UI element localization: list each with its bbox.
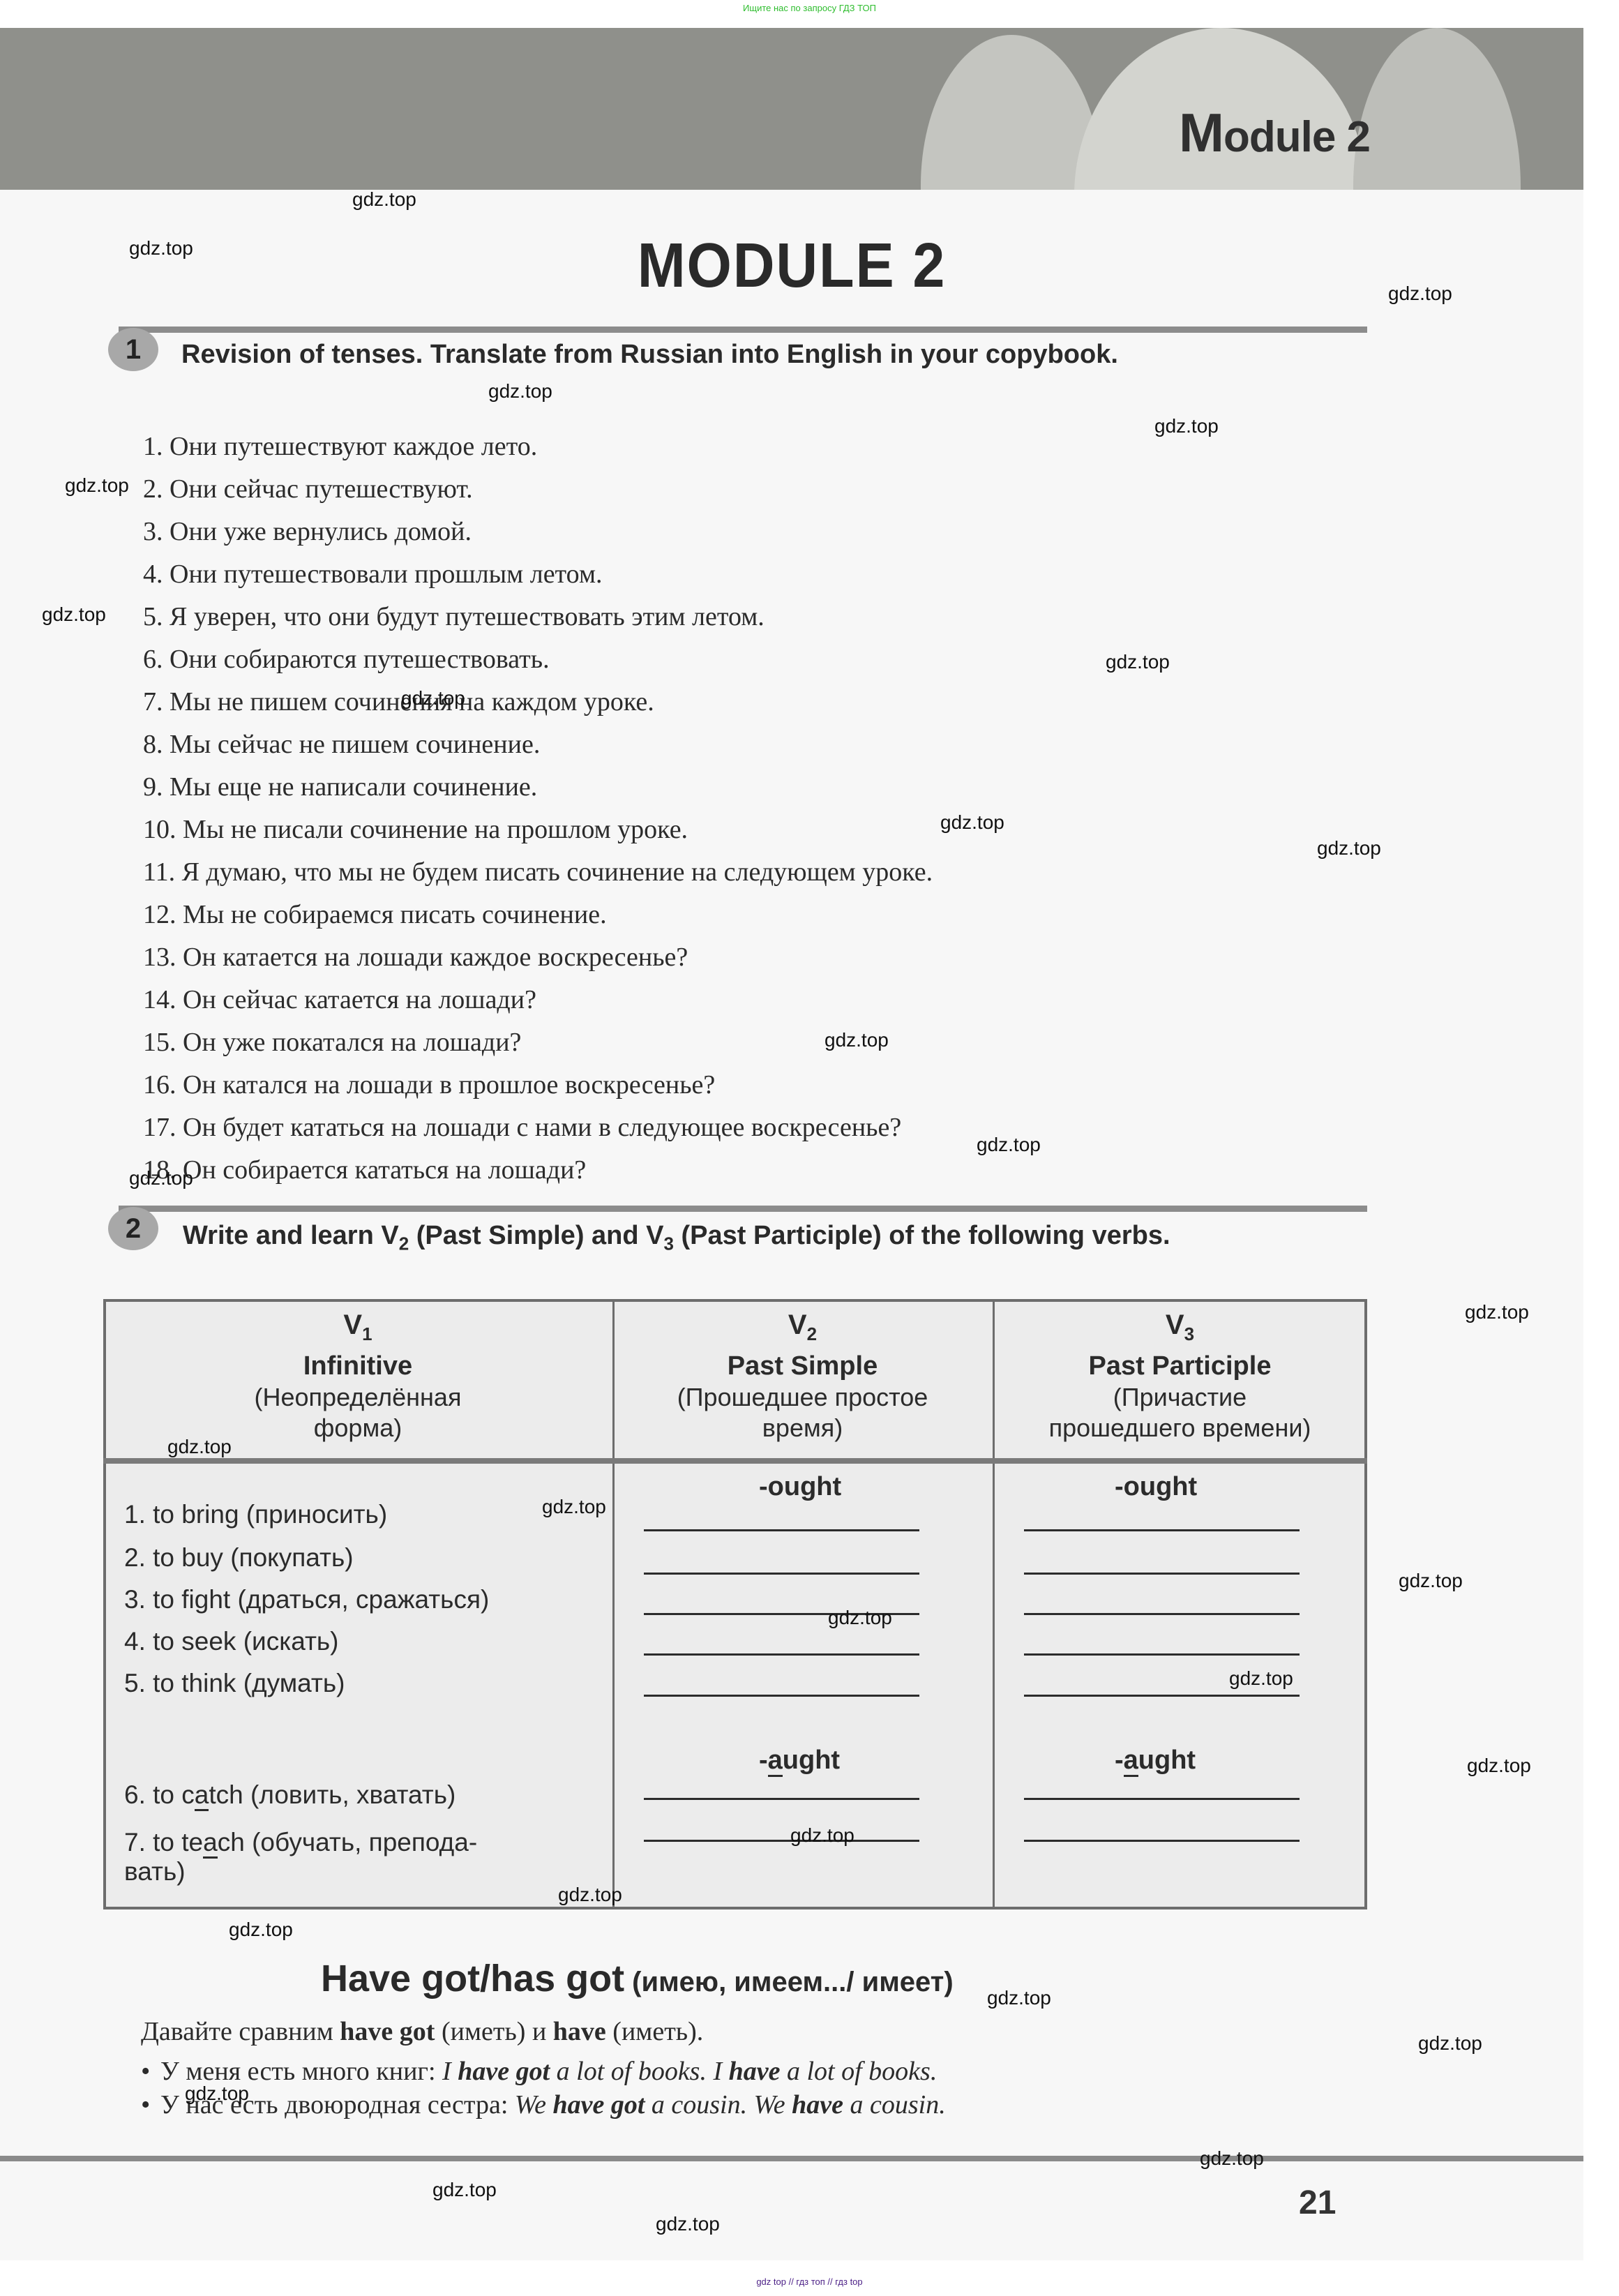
watermark-text: gdz.top xyxy=(352,188,416,211)
watermark-text: gdz.top xyxy=(790,1824,854,1847)
sentence-item: 2. Они сейчас путешествуют. xyxy=(143,468,933,511)
verb-item: 1. to bring (приносить) xyxy=(124,1500,387,1529)
hint-part: ught xyxy=(783,1746,840,1775)
sentence-item: 7. Мы не пишем сочинения на каждом уроке… xyxy=(143,681,933,723)
hint-v2-aught: -aught xyxy=(759,1746,840,1776)
watermark-text: gdz.top xyxy=(1154,415,1219,437)
example-emphasis: have xyxy=(729,2057,781,2086)
sentence-item: 9. Мы еще не написали сочинение. xyxy=(143,766,933,809)
watermark-text: gdz.top xyxy=(1418,2032,1482,2055)
intro-text: (иметь). xyxy=(606,2017,704,2046)
top-note: Ищите нас по запросу ГДЗ ТОП xyxy=(0,3,1619,13)
hint-part: - xyxy=(1115,1746,1124,1775)
watermark-text: gdz.top xyxy=(656,2213,720,2235)
watermark-text: gdz.top xyxy=(987,1987,1051,2009)
sentence-item: 1. Они путешествуют каждое лето. xyxy=(143,426,933,468)
answer-blank-v2 xyxy=(644,1840,919,1842)
example-emphasis: have got xyxy=(552,2090,645,2119)
title-part: (Past Simple) and V xyxy=(409,1221,663,1250)
bullet-icon: • xyxy=(141,2088,160,2122)
header-v: V xyxy=(343,1310,362,1340)
watermark-text: gdz.top xyxy=(1317,837,1381,860)
answer-blank-v3 xyxy=(1024,1573,1300,1575)
sentence-item: 4. Они путешествовали прошлым летом. xyxy=(143,553,933,596)
example-english: I xyxy=(442,2057,458,2086)
watermark-text: gdz.top xyxy=(1388,283,1452,305)
example-english: a lot of books. I xyxy=(550,2057,728,2086)
grammar-heading-main: Have got/has got xyxy=(321,1958,624,1999)
answer-blank-v3 xyxy=(1024,1529,1300,1531)
watermark-text: gdz.top xyxy=(542,1496,606,1518)
sentence-item: 3. Они уже вернулись домой. xyxy=(143,511,933,553)
header-v: V xyxy=(1166,1310,1184,1340)
watermark-text: gdz.top xyxy=(129,1167,193,1190)
exercise-1-number-badge: 1 xyxy=(108,328,158,371)
sentence-item: 17. Он будет кататься на лошади с нами в… xyxy=(143,1106,933,1149)
sentence-item: 16. Он катался на лошади в прошлое воскр… xyxy=(143,1064,933,1106)
header-ru: (Причастие xyxy=(993,1382,1367,1413)
watermark-text: gdz.top xyxy=(1106,651,1170,673)
header-sub: 3 xyxy=(1184,1323,1194,1344)
banner-title-initial: M xyxy=(1179,102,1223,163)
header-en: Infinitive xyxy=(103,1350,612,1382)
column-header-v2: V2 Past Simple (Прошедшее простое время) xyxy=(612,1309,993,1443)
header-en: Past Participle xyxy=(993,1350,1367,1382)
answer-blank-v2 xyxy=(644,1529,919,1531)
answer-blank-v2 xyxy=(644,1798,919,1800)
sentence-item: 10. Мы не писали сочинение на прошлом ур… xyxy=(143,809,933,851)
header-ru: (Неопределённая xyxy=(103,1382,612,1413)
header-v: V xyxy=(788,1310,807,1340)
intro-text: (иметь) и xyxy=(435,2017,552,2046)
verb-text: вать) xyxy=(124,1857,186,1886)
watermark-text: gdz.top xyxy=(1229,1667,1293,1690)
page-number: 21 xyxy=(1299,2184,1336,2222)
header-sub: 2 xyxy=(807,1323,817,1344)
watermark-text: gdz.top xyxy=(401,687,465,710)
exercise-2-number-badge: 2 xyxy=(108,1207,158,1250)
header-en: Past Simple xyxy=(612,1350,993,1382)
verb-text: 7. to te xyxy=(124,1828,203,1856)
banner-title-rest: odule 2 xyxy=(1223,113,1370,161)
answer-blank-v3 xyxy=(1024,1653,1300,1656)
example-english: a cousin. xyxy=(843,2090,946,2119)
exercise-2-title: Write and learn V2 (Past Simple) and V3 … xyxy=(183,1221,1170,1255)
answer-blank-v2 xyxy=(644,1653,919,1656)
hint-part: ught xyxy=(1138,1746,1196,1775)
watermark-text: gdz.top xyxy=(185,2083,249,2105)
footer-divider xyxy=(0,2156,1583,2161)
title-part: (Past Participle) of the following verbs… xyxy=(674,1221,1170,1250)
banner-petal-decoration xyxy=(1353,28,1521,190)
example-english: a cousin. We xyxy=(645,2090,792,2119)
hint-part: - xyxy=(759,1746,768,1775)
verb-forms-table: V1 Infinitive (Неопределённая форма) V2 … xyxy=(103,1299,1367,1909)
answer-blank-v3 xyxy=(1024,1613,1300,1615)
answer-blank-v3 xyxy=(1024,1695,1300,1697)
header-sub: 1 xyxy=(362,1323,372,1344)
verb-item: 4. to seek (искать) xyxy=(124,1627,339,1656)
verb-item: 5. to think (думать) xyxy=(124,1669,345,1698)
banner-petal-decoration xyxy=(921,35,1102,190)
exercise-2-divider xyxy=(119,1206,1367,1212)
bullet-icon: • xyxy=(141,2055,160,2088)
grammar-heading-translation: (имею, имеем.../ имеет) xyxy=(624,1967,954,1997)
exercise-1-title: Revision of tenses. Translate from Russi… xyxy=(181,340,1118,370)
title-subscript: 2 xyxy=(399,1233,409,1254)
example-item: •У меня есть много книг: I have got a lo… xyxy=(141,2055,946,2088)
watermark-text: gdz.top xyxy=(977,1134,1041,1156)
sentence-item: 15. Он уже покатался на лошади? xyxy=(143,1021,933,1064)
answer-blank-v3 xyxy=(1024,1840,1300,1842)
sentence-item: 14. Он сейчас катается на лошади? xyxy=(143,979,933,1021)
hint-v2-ought: -ought xyxy=(759,1472,841,1502)
bottom-note: gdz top // гдз топ // гдз top xyxy=(0,2276,1619,2287)
title-part: Write and learn V xyxy=(183,1221,399,1250)
watermark-text: gdz.top xyxy=(65,474,129,497)
verb-item: 3. to fight (драться, сражаться) xyxy=(124,1585,489,1614)
hint-marked-letter: a xyxy=(1124,1746,1138,1777)
column-header-v3: V3 Past Participle (Причастие прошедшего… xyxy=(993,1309,1367,1443)
sentence-item: 12. Мы не собираемся писать сочинение. xyxy=(143,894,933,936)
example-emphasis: have xyxy=(792,2090,843,2119)
verb-text: ch (обучать, препода- xyxy=(218,1828,477,1856)
sentence-item: 6. Они собираются путешествовать. xyxy=(143,638,933,681)
watermark-text: gdz.top xyxy=(558,1884,622,1906)
grammar-heading: Have got/has got (имею, имеем.../ имеет) xyxy=(321,1957,954,2000)
sentence-item: 5. Я уверен, что они будут путешествоват… xyxy=(143,596,933,638)
grammar-examples: •У меня есть много книг: I have got a lo… xyxy=(141,2055,946,2122)
hint-v3-aught: -aught xyxy=(1115,1746,1196,1776)
example-english: We xyxy=(515,2090,553,2119)
exercise-1-divider xyxy=(119,327,1367,333)
hint-v3-ought: -ought xyxy=(1115,1472,1197,1502)
column-header-v1: V1 Infinitive (Неопределённая форма) xyxy=(103,1309,612,1443)
watermark-text: gdz.top xyxy=(1399,1570,1463,1592)
sentence-item: 18. Он собирается кататься на лошади? xyxy=(143,1149,933,1192)
answer-blank-v3 xyxy=(1024,1798,1300,1800)
sentence-item: 13. Он катается на лошади каждое воскрес… xyxy=(143,936,933,979)
watermark-text: gdz.top xyxy=(432,2179,497,2201)
watermark-text: gdz.top xyxy=(1200,2147,1264,2170)
banner-title: Module 2 xyxy=(1179,101,1370,165)
answer-blank-v2 xyxy=(644,1573,919,1575)
sentence-item: 11. Я думаю, что мы не будем писать сочи… xyxy=(143,851,933,894)
title-subscript: 3 xyxy=(664,1233,674,1254)
watermark-text: gdz.top xyxy=(828,1607,892,1629)
watermark-text: gdz.top xyxy=(1465,1301,1529,1323)
module-banner: Module 2 xyxy=(0,28,1583,190)
exercise-1-sentence-list: 1. Они путешествуют каждое лето.2. Они с… xyxy=(143,426,933,1192)
example-english: a lot of books. xyxy=(781,2057,937,2086)
marked-letter: a xyxy=(195,1780,209,1811)
header-ru: время) xyxy=(612,1413,993,1443)
hint-marked-letter: a xyxy=(768,1746,783,1777)
grammar-intro: Давайте сравним have got (иметь) и have … xyxy=(141,2016,703,2047)
watermark-text: gdz.top xyxy=(167,1436,232,1458)
watermark-text: gdz.top xyxy=(940,811,1004,834)
header-ru: (Прошедшее простое xyxy=(612,1382,993,1413)
verb-text: tch (ловить, хватать) xyxy=(209,1780,455,1809)
example-emphasis: have got xyxy=(458,2057,550,2086)
watermark-text: gdz.top xyxy=(229,1919,293,1941)
header-divider xyxy=(103,1458,1367,1464)
verb-item: 2. to buy (покупать) xyxy=(124,1543,354,1573)
verb-item: 6. to catch (ловить, хватать) xyxy=(124,1780,455,1810)
watermark-text: gdz.top xyxy=(42,603,106,626)
answer-blank-v2 xyxy=(644,1695,919,1697)
watermark-text: gdz.top xyxy=(1467,1755,1531,1777)
example-item: •У нас есть двоюродная сестра: We have g… xyxy=(141,2088,946,2122)
marked-letter: a xyxy=(203,1828,218,1859)
intro-text: Давайте сравним xyxy=(141,2017,340,2046)
watermark-text: gdz.top xyxy=(488,380,552,403)
sentence-item: 8. Мы сейчас не пишем сочинение. xyxy=(143,723,933,766)
verb-text: 6. to c xyxy=(124,1780,195,1809)
intro-bold: have got xyxy=(340,2017,435,2046)
intro-bold: have xyxy=(553,2017,606,2046)
module-heading: MODULE 2 xyxy=(63,230,1520,302)
watermark-text: gdz.top xyxy=(129,237,193,260)
header-ru: прошедшего времени) xyxy=(993,1413,1367,1443)
example-russian: У меня есть много книг: xyxy=(160,2057,442,2086)
verb-item: 7. to teach (обучать, препода-вать) xyxy=(124,1828,477,1886)
watermark-text: gdz.top xyxy=(824,1029,889,1051)
